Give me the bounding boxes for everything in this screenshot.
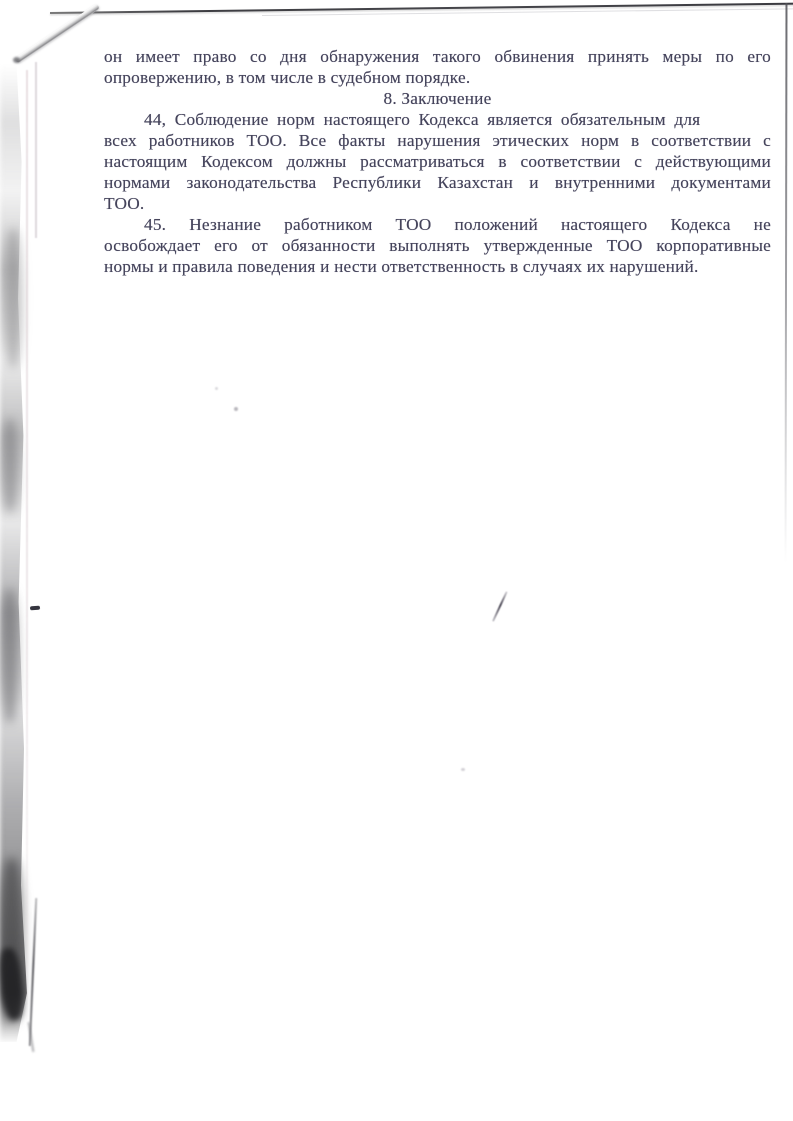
right-page-edge-line — [785, 3, 788, 563]
ink-speck — [215, 387, 218, 390]
page-top-edge-line — [50, 3, 793, 14]
thin-wavy-line — [29, 898, 38, 1046]
smudge-blob — [1, 588, 18, 723]
text-line: ТОО. — [104, 193, 771, 214]
short-dash-mark — [30, 606, 40, 610]
text-line: 44, Соблюдение норм настоящего Кодекса я… — [104, 109, 771, 130]
ink-speck — [461, 768, 465, 771]
text-line: освобождает его от обязанности выполнять… — [104, 235, 771, 256]
text-line: всех работников ТОО. Все факты нарушения… — [104, 130, 771, 151]
left-hairline-short — [35, 62, 37, 238]
section-heading: 8. Заключение — [104, 88, 771, 109]
smudge-blob — [0, 858, 23, 1023]
scanned-document-page: он имеет право со дня обнаружения такого… — [0, 0, 793, 1121]
text-line: опровержению, в том числе в судебном пор… — [104, 67, 771, 88]
text-line: 45. Незнание работником ТОО положений на… — [104, 214, 771, 235]
thin-wavy-line-tail — [28, 1022, 35, 1052]
left-edge-smudge-band — [0, 64, 30, 1042]
smudge-blob — [2, 418, 18, 513]
smudge-blob — [4, 228, 22, 368]
smudge-dark-core — [0, 947, 26, 1021]
left-hairline — [26, 70, 28, 1020]
document-text-block: он имеет право со дня обнаружения такого… — [104, 46, 771, 277]
text-line: нормами законодательства Республики Каза… — [104, 172, 771, 193]
text-line: настоящим Кодексом должны рассматриватьс… — [104, 151, 771, 172]
text-line: нормы и правила поведения и нести ответс… — [104, 256, 771, 277]
pen-slash-mark — [492, 591, 508, 622]
folded-corner-tip — [13, 57, 20, 63]
folded-corner-edge — [14, 3, 100, 63]
ink-speck — [234, 407, 238, 411]
text-line: он имеет право со дня обнаружения такого… — [104, 46, 771, 67]
page-top-edge-echo — [262, 8, 793, 16]
